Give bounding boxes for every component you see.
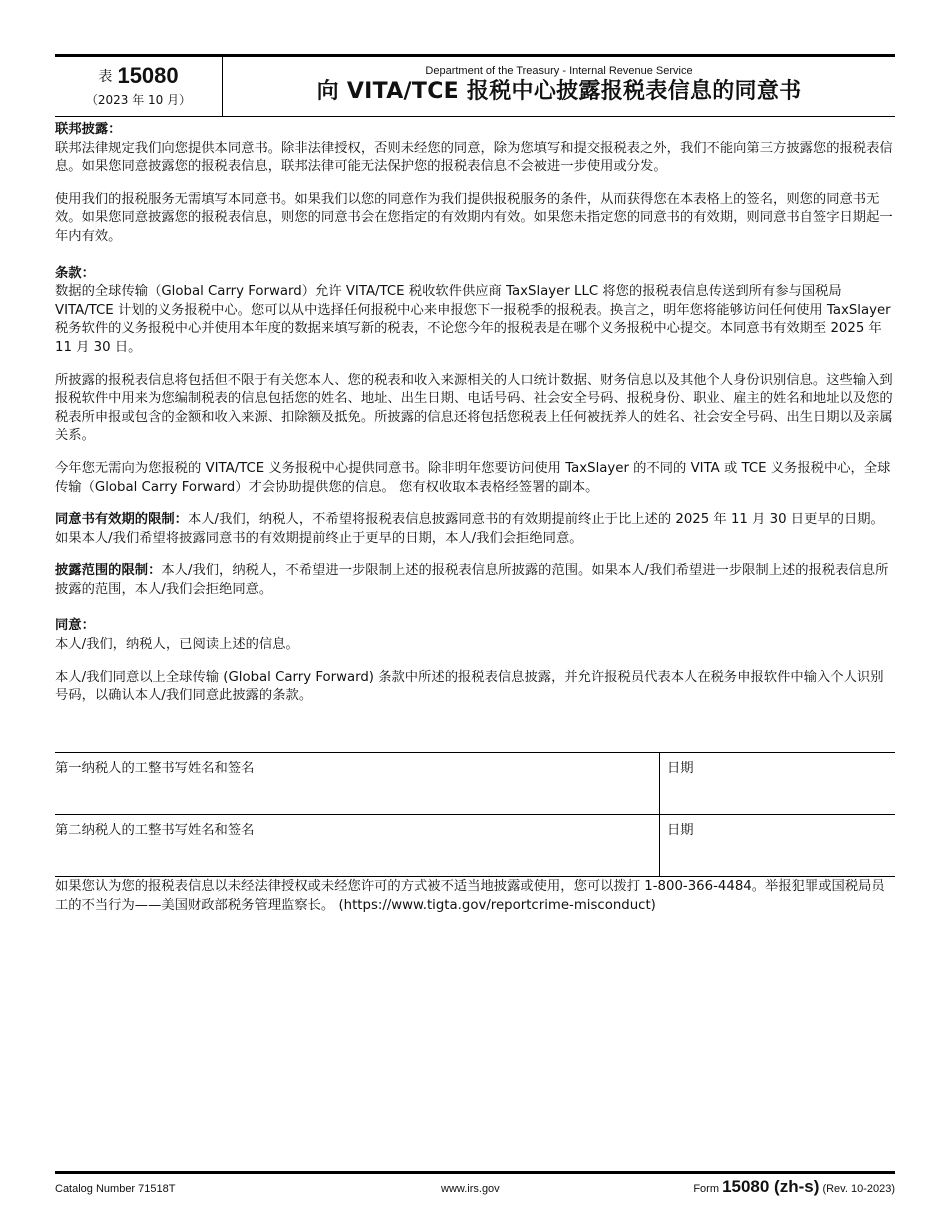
signature-table: 第一纳税人的工整书写姓名和签名 日期 第二纳税人的工整书写姓名和签名 日期 <box>55 752 895 877</box>
form-title: 向 VITA/TCE 报税中心披露报税表信息的同意书 <box>223 78 895 106</box>
form-number: 15080 <box>117 63 178 88</box>
consent-paragraph: 本人/我们，纳税人，已阅读上述的信息。 <box>55 636 895 655</box>
form-revision: (Rev. 10-2023) <box>819 1183 895 1195</box>
form-footer: Catalog Number 71518T www.irs.gov Form 1… <box>55 1171 895 1200</box>
primary-date-field[interactable] <box>660 775 895 812</box>
duration-limit-label: 同意书有效期的限制： <box>55 512 188 527</box>
catalog-number: Catalog Number 71518T <box>55 1183 175 1195</box>
primary-taxpayer-name-label: 第一纳税人的工整书写姓名和签名 <box>55 757 254 776</box>
department-name: Department of the Treasury - Internal Re… <box>223 65 895 78</box>
federal-disclosure-heading: 联邦披露： <box>55 121 895 140</box>
consent-paragraph: 本人/我们同意以上全球传输 (Global Carry Forward) 条款中… <box>55 669 895 706</box>
primary-taxpayer-signature-field[interactable] <box>55 775 655 812</box>
secondary-date-field[interactable] <box>660 837 895 874</box>
consent-heading: 同意： <box>55 617 895 636</box>
form-identifier: Form 15080 (zh-s) (Rev. 10-2023) <box>693 1177 895 1197</box>
secondary-date-cell: 日期 <box>659 815 895 876</box>
primary-date-label: 日期 <box>667 757 694 776</box>
federal-disclosure-paragraph: 使用我们的报税服务无需填写本同意书。如果我们以您的同意作为我们提供报税服务的条件… <box>55 191 895 247</box>
primary-date-cell: 日期 <box>659 753 895 814</box>
form-body: 联邦披露： 联邦法律规定我们向您提供本同意书。除非法律授权，否则未经您的同意，除… <box>55 121 895 706</box>
secondary-taxpayer-name-label: 第二纳税人的工整书写姓名和签名 <box>55 819 254 838</box>
terms-heading: 条款： <box>55 265 895 284</box>
secondary-taxpayer-signature-field[interactable] <box>55 837 655 874</box>
terms-paragraph: 所披露的报税表信息将包括但不限于有关您本人、您的税表和收入来源相关的人口统计数据… <box>55 372 895 446</box>
form-number-box: 表 15080 （2023 年 10 月） <box>55 57 223 116</box>
form-prefix: 表 <box>98 69 112 85</box>
form-word: Form <box>693 1183 722 1195</box>
terms-paragraph: 数据的全球传输（Global Carry Forward）允许 VITA/TCE… <box>55 283 895 357</box>
form-date: （2023 年 10 月） <box>55 92 222 108</box>
federal-disclosure-paragraph: 联邦法律规定我们向您提供本同意书。除非法律授权，否则未经您的同意，除为您填写和提… <box>55 140 895 177</box>
signature-row-secondary: 第二纳税人的工整书写姓名和签名 日期 <box>55 814 895 876</box>
signature-row-primary: 第一纳税人的工整书写姓名和签名 日期 <box>55 753 895 814</box>
terms-paragraph: 今年您无需向为您报税的 VITA/TCE 义务报税中心提供同意书。除非明年您要访… <box>55 460 895 497</box>
form-header: 表 15080 （2023 年 10 月） Department of the … <box>55 54 895 117</box>
secondary-date-label: 日期 <box>667 819 694 838</box>
duration-limit-paragraph: 同意书有效期的限制：本人/我们，纳税人，不希望将报税表信息披露同意书的有效期提前… <box>55 511 895 548</box>
scope-limit-label: 披露范围的限制： <box>55 563 161 578</box>
report-misconduct-notice: 如果您认为您的报税表信息以未经法律授权或未经您许可的方式被不适当地披露或使用，您… <box>55 878 895 915</box>
form-title-box: Department of the Treasury - Internal Re… <box>223 57 895 116</box>
scope-limit-paragraph: 披露范围的限制：本人/我们，纳税人，不希望进一步限制上述的报税表信息所披露的范围… <box>55 562 895 599</box>
form-id: 15080 (zh-s) <box>722 1177 819 1196</box>
irs-website: www.irs.gov <box>441 1183 500 1195</box>
scope-limit-text: 本人/我们，纳税人，不希望进一步限制上述的报税表信息所披露的范围。如果本人/我们… <box>55 563 888 597</box>
